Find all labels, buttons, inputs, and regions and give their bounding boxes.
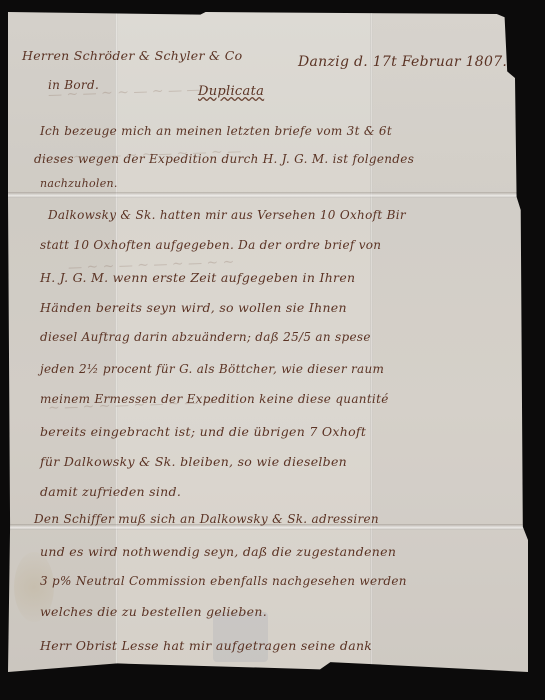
letter-line: Händen bereits seyn wird, so wollen sie … (40, 300, 347, 315)
letter-line: jeden 2½ procent für G. als Böttcher, wi… (40, 362, 384, 376)
duplicate-label: Duplicata (198, 84, 264, 99)
letter-line: für Dalkowsky & Sk. bleiben, so wie dies… (40, 454, 347, 469)
letter-line: Den Schiffer muß sich an Dalkowsky & Sk.… (34, 512, 379, 526)
letter-line: dieses wegen der Expedition durch H. J. … (34, 152, 414, 166)
fold-panel-right (371, 12, 528, 672)
addressee-line-1: Herren Schröder & Schyler & Co (22, 48, 242, 63)
horizontal-fold-crease-top (8, 192, 528, 198)
letter-sheet: — ~ — ~ ~ — ~ — — ~ — ~ — ~ — — ~ ~ — ~ … (8, 12, 528, 672)
letter-line: diesel Auftrag darin abzuändern; daß 25/… (40, 330, 371, 344)
letter-line: Ich bezeuge mich an meinen letzten brief… (40, 124, 392, 138)
letter-line: Dalkowsky & Sk. hatten mir aus Versehen … (48, 208, 406, 222)
paper-mark (213, 612, 268, 662)
letter-line: H. J. G. M. wenn erste Zeit aufgegeben i… (40, 270, 355, 285)
place-and-date: Danzig d. 17t Februar 1807. (298, 54, 507, 70)
document-viewer: — ~ — ~ ~ — ~ — — ~ — ~ — ~ — — ~ ~ — ~ … (0, 0, 545, 700)
addressee-line-2: in Bord. (48, 78, 99, 92)
letter-line: Herr Obrist Lesse hat mir aufgetragen se… (40, 638, 372, 653)
letter-line: und es wird nothwendig seyn, daß die zug… (40, 544, 396, 559)
letter-line: 3 p% Neutral Commission ebenfalls nachge… (40, 574, 407, 588)
letter-line: nachzuholen. (40, 177, 118, 190)
letter-line: welches die zu bestellen gelieben. (40, 604, 267, 619)
letter-line: statt 10 Oxhoften aufgegeben. Da der ord… (40, 238, 381, 252)
letter-line: damit zufrieden sind. (40, 484, 181, 499)
letter-line: meinem Ermessen der Expedition keine die… (40, 392, 389, 406)
letter-line: bereits eingebracht ist; und die übrigen… (40, 424, 366, 439)
